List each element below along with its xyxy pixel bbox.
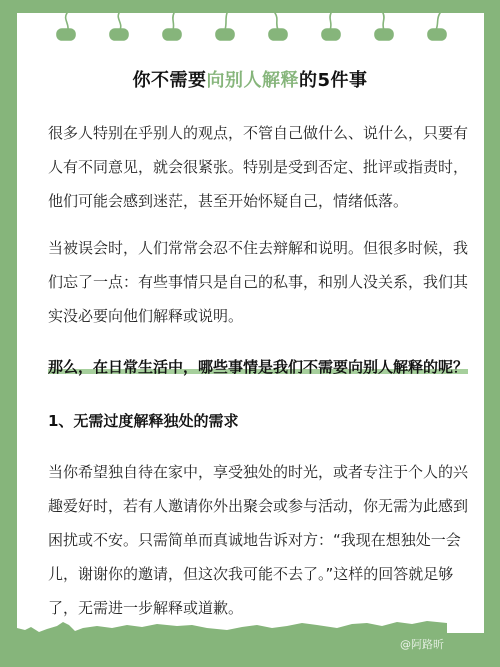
- binder-ring-icon: [375, 13, 393, 40]
- binder-ring-icon: [163, 13, 181, 40]
- page-title: 你不需要向别人解释的5件事: [0, 66, 500, 92]
- title-suffix: 的5件事: [299, 70, 368, 91]
- binder-ring-icon: [57, 13, 75, 40]
- intro-paragraph-1: 很多人特别在乎别人的观点，不管自己做什么、说什么，只要有人有不同意见，就会很紧张…: [48, 116, 468, 218]
- section-body-1: 当你希望独自待在家中，享受独处的时光，或者专注于个人的兴趣爱好时，若有人邀请你外…: [48, 455, 468, 625]
- title-prefix: 你不需要: [132, 70, 206, 91]
- binder-ring-icon: [216, 13, 234, 40]
- highlight-question-text: 那么，在日常生活中，哪些事情是我们不需要向别人解释的呢？: [48, 358, 468, 376]
- binder-ring-icon: [269, 13, 287, 40]
- binder-ring-icon: [110, 13, 128, 40]
- title-accent: 向别人解释: [206, 70, 299, 91]
- intro-paragraph-2: 当被误会时，人们常常会忍不住去辩解和说明。但很多时候，我们忘了一点：有些事情只是…: [48, 231, 468, 333]
- watermark: @阿路昕: [400, 636, 444, 652]
- highlight-question: 那么，在日常生活中，哪些事情是我们不需要向别人解释的呢？: [48, 352, 468, 382]
- binder-ring-icon: [428, 13, 446, 40]
- binder-rings: [17, 13, 484, 53]
- binder-ring-icon: [322, 13, 340, 40]
- section-heading-1: 1、无需过度解释独处的需求: [48, 406, 238, 436]
